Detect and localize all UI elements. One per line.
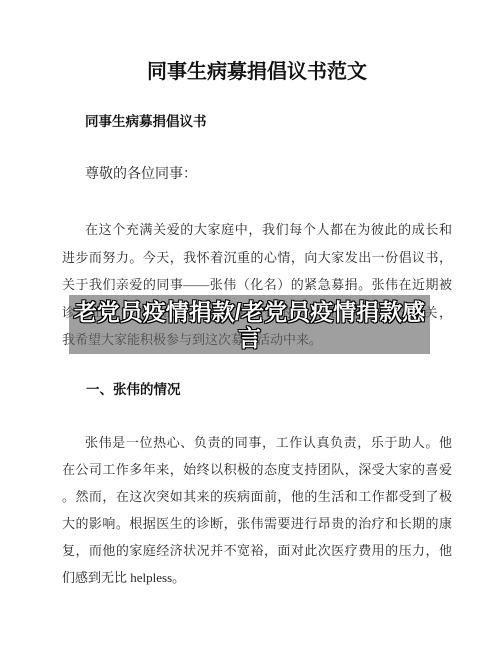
- watermark-overlay-band: 老党员疫情捐款/老党员疫情捐款感 言: [69, 295, 430, 354]
- watermark-text-line-2: 言: [238, 325, 261, 351]
- section-heading-zhangwei-situation: 一、张伟的情况: [62, 381, 452, 399]
- salutation: 尊敬的各位同事：: [62, 166, 452, 184]
- document-page: { "doc": { "title": "同事生病募捐倡议书范文", "subt…: [0, 0, 500, 647]
- doc-subtitle: 同事生病募捐倡议书: [62, 113, 452, 131]
- page-title: 同事生病募捐倡议书范文: [62, 62, 452, 82]
- paragraph-line: 张伟是一位热心、负责的同事，工作认真负责，乐于助人。他: [62, 429, 452, 456]
- paragraph-line: 大的影响。根据医生的诊断，张伟需要进行昂贵的治疗和长期的康: [62, 510, 452, 537]
- paragraph-line: 在这个充满关爱的大家庭中，我们每个人都在为彼此的成长和: [62, 216, 452, 244]
- watermark-text-line-1: 老党员疫情捐款/老党员疫情捐款感: [74, 299, 425, 325]
- paragraph-line: 在公司工作多年来，始终以积极的态度支持团队，深受大家的喜爱: [62, 456, 452, 483]
- paragraph-situation: 张伟是一位热心、负责的同事，工作认真负责，乐于助人。他 在公司工作多年来，始终以…: [62, 429, 452, 591]
- paragraph-line: 。然而，在这次突如其来的疾病面前，他的生活和工作都受到了极: [62, 483, 452, 510]
- paragraph-line: 进步而努力。今天，我怀着沉重的心情，向大家发出一份倡议书，: [62, 244, 452, 272]
- paragraph-line: 复，而他的家庭经济状况并不宽裕，面对此次医疗费用的压力，他: [62, 537, 452, 564]
- paragraph-line: 们感到无比 helpless。: [62, 564, 452, 591]
